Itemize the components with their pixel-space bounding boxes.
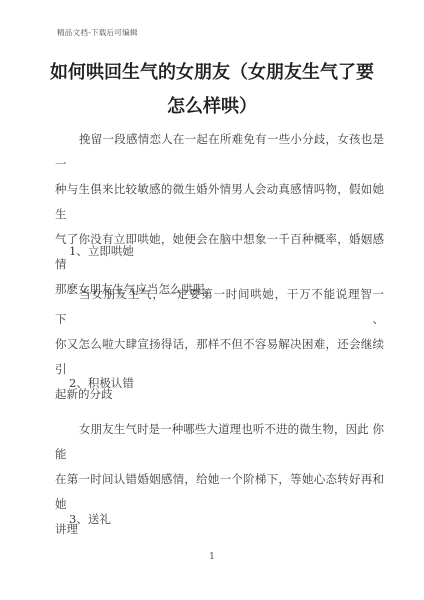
section-heading-2: 2、积极认错 [55,371,384,396]
title-line: 怎么样哄） [30,90,394,124]
text-line: 挽留一段感情恋人在一起在所难免有一些小分歧，女孩也是一 [55,127,384,177]
text-line: 女朋友生气时是一种哪些大道理也听不进的微生物，因此 你能 [55,417,384,467]
section-heading-1: 1、立即哄她 [55,239,384,264]
document-title: 如何哄回生气的女朋友（女朋友生气了要 怎么样哄） [30,56,394,124]
watermark-text: 精品文档-下载后可编辑 [57,27,138,38]
text-line: 种与生俱来比较敏感的微生婚外情男人会动真感情吗物，假如她生 [55,177,384,227]
paragraph-intro: 挽留一段感情恋人在一起在所难免有一些小分歧，女孩也是一 种与生俱来比较敏感的微生… [55,127,384,302]
title-line: 如何哄回生气的女朋友（女朋友生气了要 [30,56,394,90]
document-page: 精品文档-下载后可编辑 如何哄回生气的女朋友（女朋友生气了要 怎么样哄） 挽留一… [0,0,424,600]
section-heading-3: 3、送礼 [55,507,384,532]
page-number: 1 [0,552,424,562]
text-line: 当女朋友生气，一定要第一时间哄她，干万不能说理智一下、 [55,282,384,332]
